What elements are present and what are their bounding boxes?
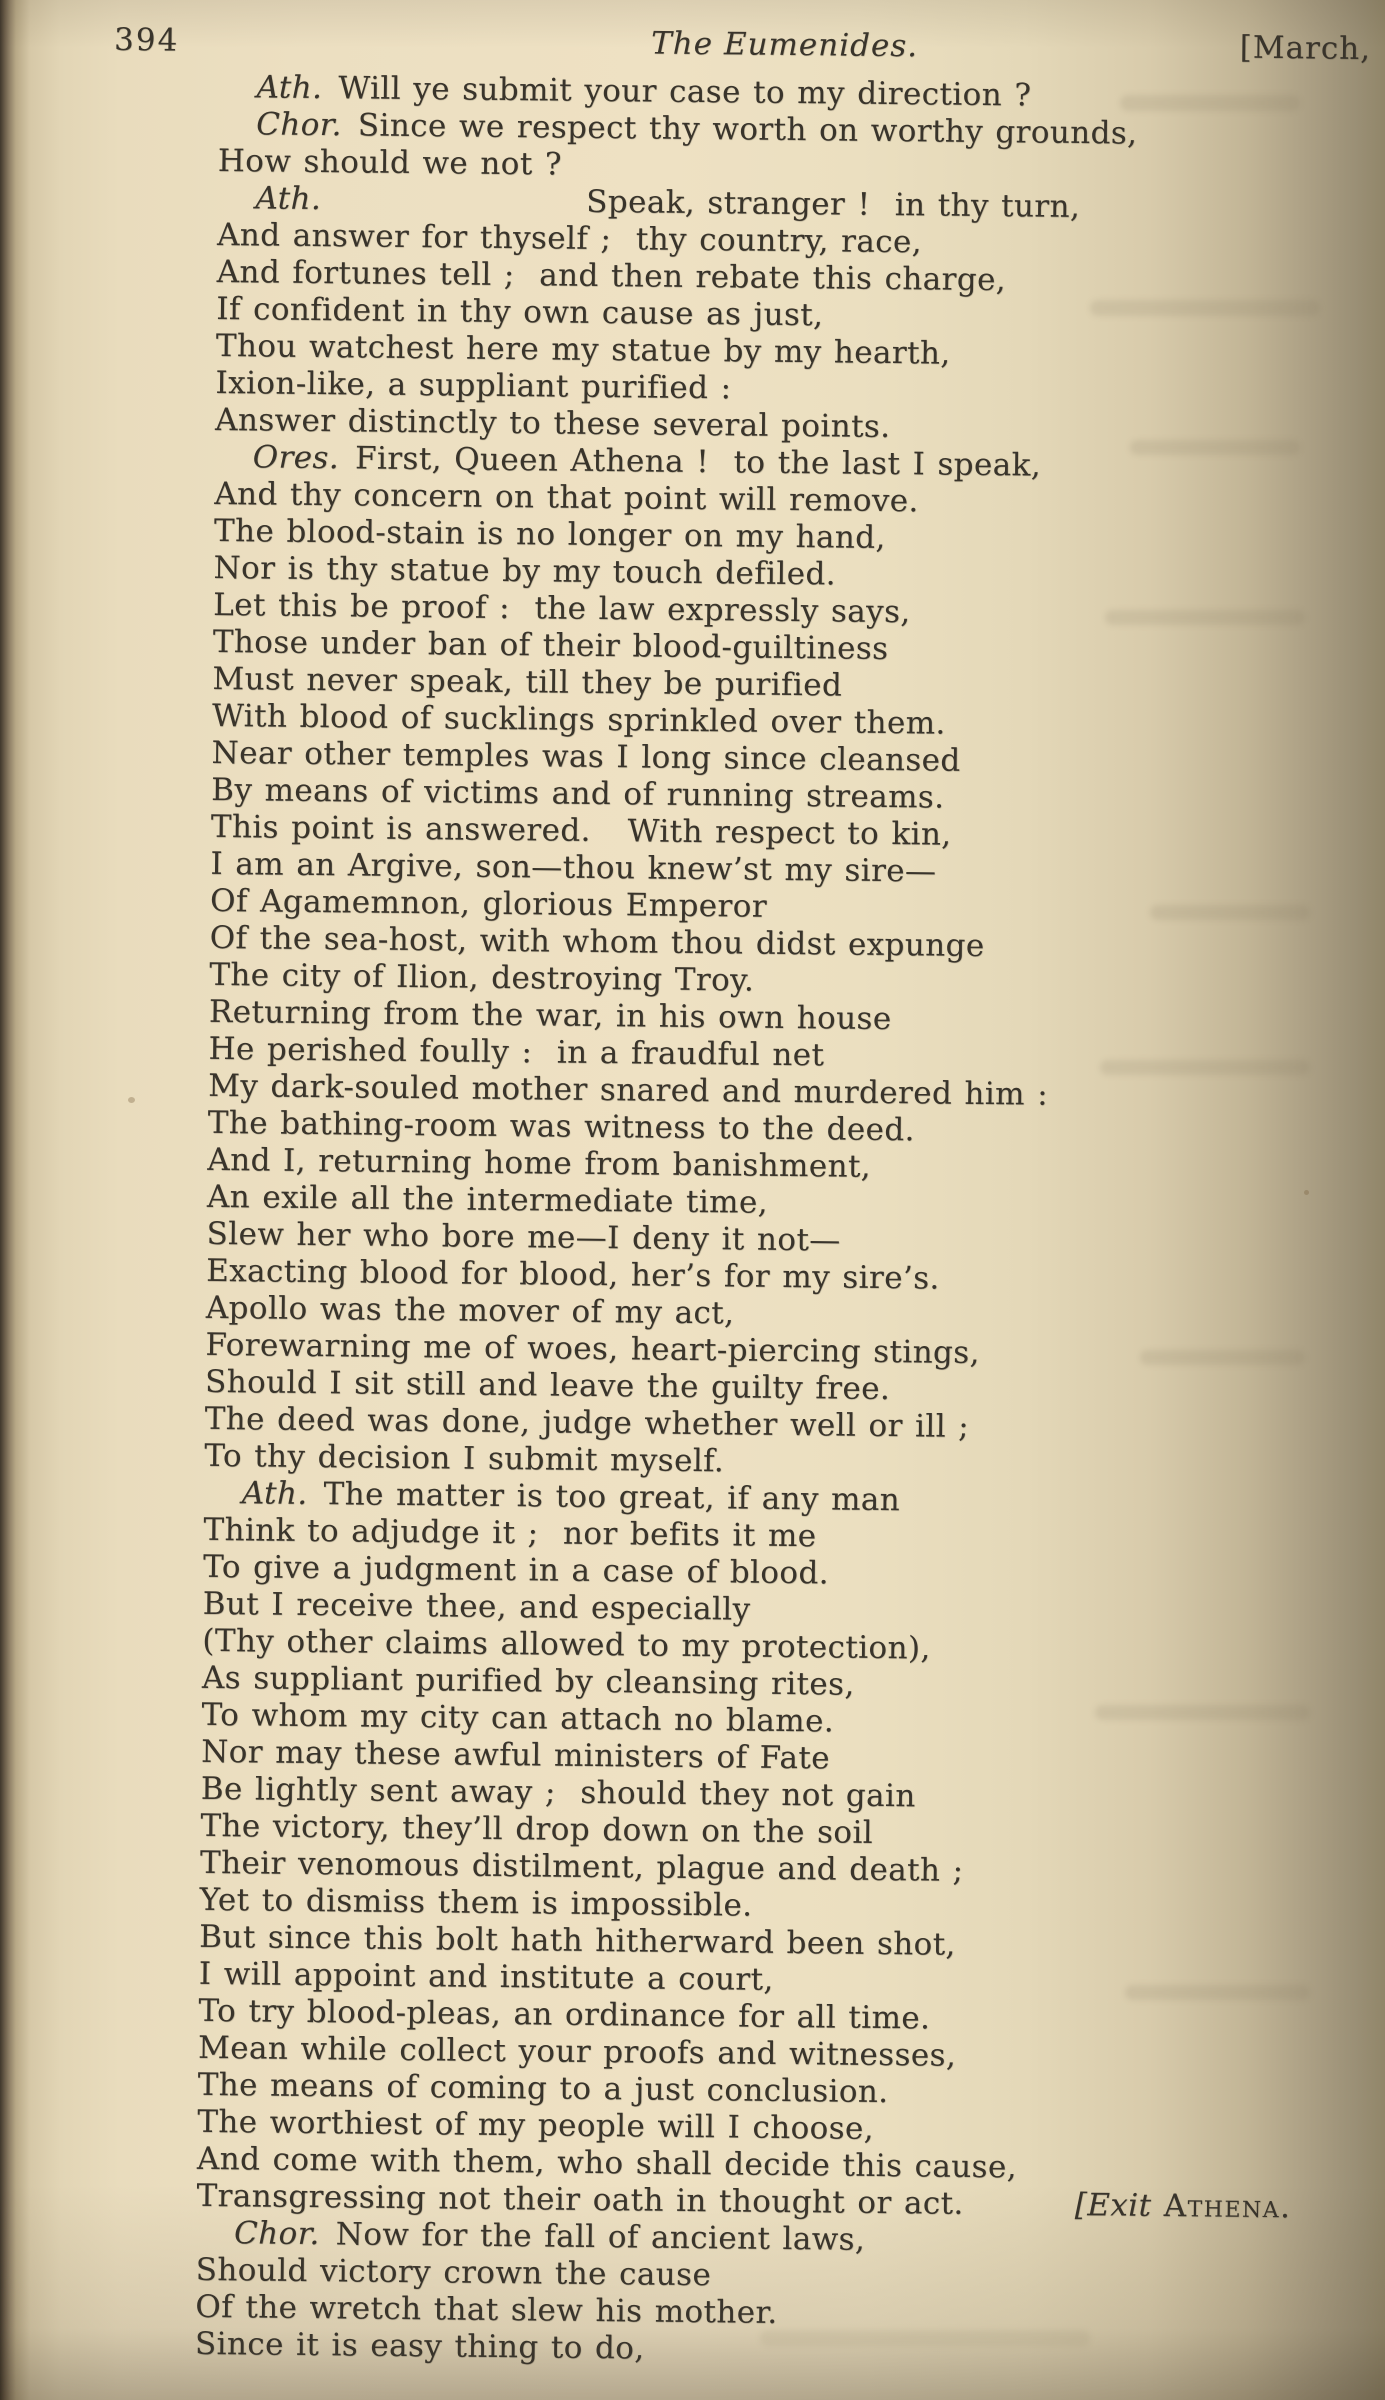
verse-text: The victory, they’ll drop down on the so…: [200, 1808, 873, 1851]
verse-text: By means of victims and of running strea…: [211, 772, 945, 816]
verse-text: Should I sit still and leave the guilty …: [205, 1364, 891, 1407]
verse-text: And answer for thyself ; thy country, ra…: [217, 217, 922, 260]
verse-text: And thy concern on that point will remov…: [214, 476, 919, 519]
verse-text: An exile all the intermediate time,: [207, 1179, 768, 1221]
verse-text: With blood of sucklings sprinkled over t…: [212, 698, 946, 742]
verse-text: He perished foully : in a fraudful net: [208, 1031, 824, 1073]
verse-text: But I receive thee, and especially: [203, 1586, 751, 1628]
verse-text: Slew her who bore me—I deny it not—: [206, 1216, 840, 1259]
verse-text: How should we not ?: [218, 143, 562, 183]
verse-text: Should victory crown the cause: [196, 2252, 712, 2293]
verse-text: If confident in thy own cause as just,: [216, 291, 823, 333]
page-content: 394 The Eumenides. [March, Ath.Will ye s…: [0, 0, 1385, 2400]
verse-text: Think to adjudge it ; nor befits it me: [203, 1512, 816, 1554]
verse-text: Apollo was the mover of my act,: [206, 1290, 735, 1332]
verse-text: The means of coming to a just conclusion…: [198, 2067, 889, 2110]
speaker-label: Chor.: [256, 106, 342, 143]
speaker-label: Ath.: [255, 180, 321, 217]
verse-text: Let this be proof : the law expressly sa…: [213, 587, 911, 630]
verse-text: (Thy other claims allowed to my protecti…: [202, 1623, 931, 1667]
stage-direction: [Exit Athena.: [1075, 2187, 1292, 2226]
stage-exit-label: [Exit: [1075, 2187, 1164, 2224]
verse-text: Now for the fall of ancient laws,: [336, 2216, 866, 2258]
verse-text: Those under ban of their blood-guiltines…: [213, 624, 889, 667]
verse-text: Nor may these awful ministers of Fate: [201, 1734, 830, 1777]
verse-text: Of the wretch that slew his mother.: [195, 2289, 778, 2331]
stage-character-name: Athena.: [1163, 2188, 1291, 2225]
book-page-scan: { "page": { "number": "394", "title": "T…: [0, 0, 1385, 2400]
verse-text: And I, returning home from banishment,: [207, 1142, 871, 1185]
verse-text: The matter is too great, if any man: [323, 1476, 900, 1518]
verse-text: The blood-stain is no longer on my hand,: [214, 513, 886, 556]
page-title: The Eumenides.: [172, 20, 1385, 69]
month-marker: [March,: [1240, 30, 1372, 67]
verse-text: Answer distinctly to these several point…: [215, 402, 891, 445]
verse-text: The worthiest of my people will I choose…: [197, 2104, 874, 2147]
verse-text: The city of Ilion, destroying Troy.: [209, 957, 754, 999]
speaker-label: Ath.: [256, 69, 322, 106]
verse-text: Thou watchest here my statue by my heart…: [216, 328, 951, 372]
verse-text: To give a judgment in a case of blood.: [203, 1549, 829, 1592]
verse-text: To try blood-pleas, an ordinance for all…: [198, 1993, 930, 2037]
verse-text: To whom my city can attach no blame.: [201, 1697, 834, 1740]
verse-text: Speak, stranger ! in thy turn,: [586, 184, 1080, 225]
verse-text: First, Queen Athena ! to the last I spea…: [355, 440, 1041, 483]
verse-lines: Ath.Will ye submit your case to my direc…: [195, 69, 1314, 2374]
verse-text: Will ye submit your case to my direction…: [338, 70, 1031, 113]
verse-text: Be lightly sent away ; should they not g…: [201, 1771, 916, 1814]
page-number: 394: [114, 22, 180, 59]
verse-text: Yet to dismiss them is impossible.: [199, 1882, 752, 1924]
verse-text: Returning from the war, in his own house: [209, 994, 892, 1037]
verse-text: To thy decision I submit myself.: [204, 1438, 724, 1479]
verse-text: Since it is easy thing to do,: [195, 2326, 645, 2367]
speaker-label: Chor.: [234, 2215, 320, 2252]
verse-text: Ixion-like, a suppliant purified :: [215, 365, 731, 406]
verse-text: Must never speak, till they be purified: [212, 661, 842, 704]
speaker-label: Ores.: [253, 439, 340, 476]
speaker-label: Ath.: [242, 1475, 308, 1512]
verse-text: Of Agamemnon, glorious Emperor: [210, 883, 767, 925]
verse-text: I will appoint and institute a court,: [199, 1956, 774, 1998]
verse-text: Exacting blood for blood, her’s for my s…: [206, 1253, 940, 1297]
verse-text: I am an Argive, son—thou knew’st my sire…: [210, 846, 936, 890]
verse-text: As suppliant purified by cleansing rites…: [202, 1660, 855, 1703]
verse-text: Nor is thy statue by my touch defiled.: [213, 550, 836, 593]
verse-text: The bathing-room was witness to the deed…: [208, 1105, 915, 1148]
